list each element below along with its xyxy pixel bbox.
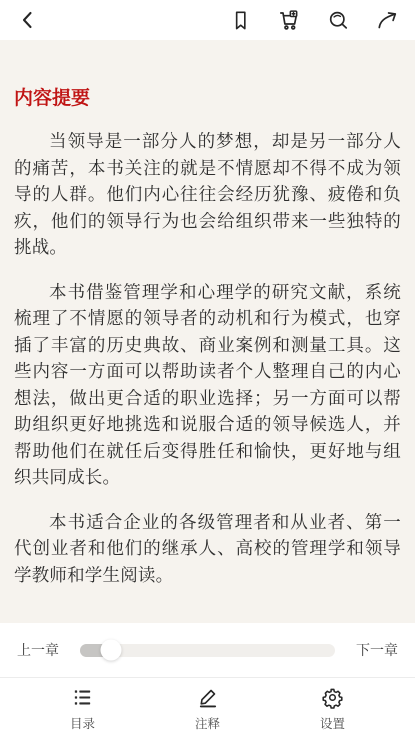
search-button[interactable]: [325, 7, 351, 33]
bookmark-button[interactable]: [227, 7, 253, 33]
nav-label-toc: 目录: [70, 714, 95, 732]
gear-icon: [321, 686, 344, 709]
paragraph-1: 当领导是一部分人的梦想，却是另一部分人的痛苦，本书关注的就是不情愿却不得不成为领…: [14, 128, 401, 261]
toolbar-actions: [227, 7, 400, 33]
paragraph-3: 本书适合企业的各级管理者和从业者、第一代创业者和他们的继承人、高校的管理学和领导…: [14, 509, 401, 589]
list-icon: [71, 686, 94, 709]
next-chapter-button[interactable]: 下一章: [356, 640, 398, 660]
share-icon: [375, 8, 399, 32]
nav-label-annotations: 注释: [195, 714, 220, 732]
prev-chapter-button[interactable]: 上一章: [17, 640, 59, 660]
search-icon: [326, 8, 350, 32]
nav-label-settings: 设置: [320, 714, 345, 732]
back-chevron-icon: [16, 8, 40, 32]
bookmark-icon: [229, 9, 252, 32]
chapter-progress-bar: 上一章 下一章: [0, 623, 415, 677]
paragraph-2: 本书借鉴管理学和心理学的研究文献，系统梳理了不情愿的领导者的动机和行为模式，也穿…: [14, 279, 401, 491]
nav-item-toc[interactable]: 目录: [45, 686, 120, 732]
bottom-navigation: 目录 注释 设置: [0, 678, 415, 737]
pencil-icon: [196, 686, 219, 709]
progress-slider[interactable]: [80, 644, 335, 657]
progress-slider-thumb[interactable]: [100, 640, 121, 661]
add-to-cart-button[interactable]: [276, 7, 302, 33]
share-button[interactable]: [374, 7, 400, 33]
nav-item-annotations[interactable]: 注释: [170, 686, 245, 732]
ebook-reader-app: 内容提要 当领导是一部分人的梦想，却是另一部分人的痛苦，本书关注的就是不情愿却不…: [0, 0, 415, 737]
cart-plus-icon: [277, 8, 301, 32]
top-toolbar: [0, 0, 415, 40]
back-button[interactable]: [15, 7, 41, 33]
section-title: 内容提要: [14, 86, 401, 112]
nav-item-settings[interactable]: 设置: [295, 686, 370, 732]
reading-pane: 内容提要 当领导是一部分人的梦想，却是另一部分人的痛苦，本书关注的就是不情愿却不…: [0, 40, 415, 623]
